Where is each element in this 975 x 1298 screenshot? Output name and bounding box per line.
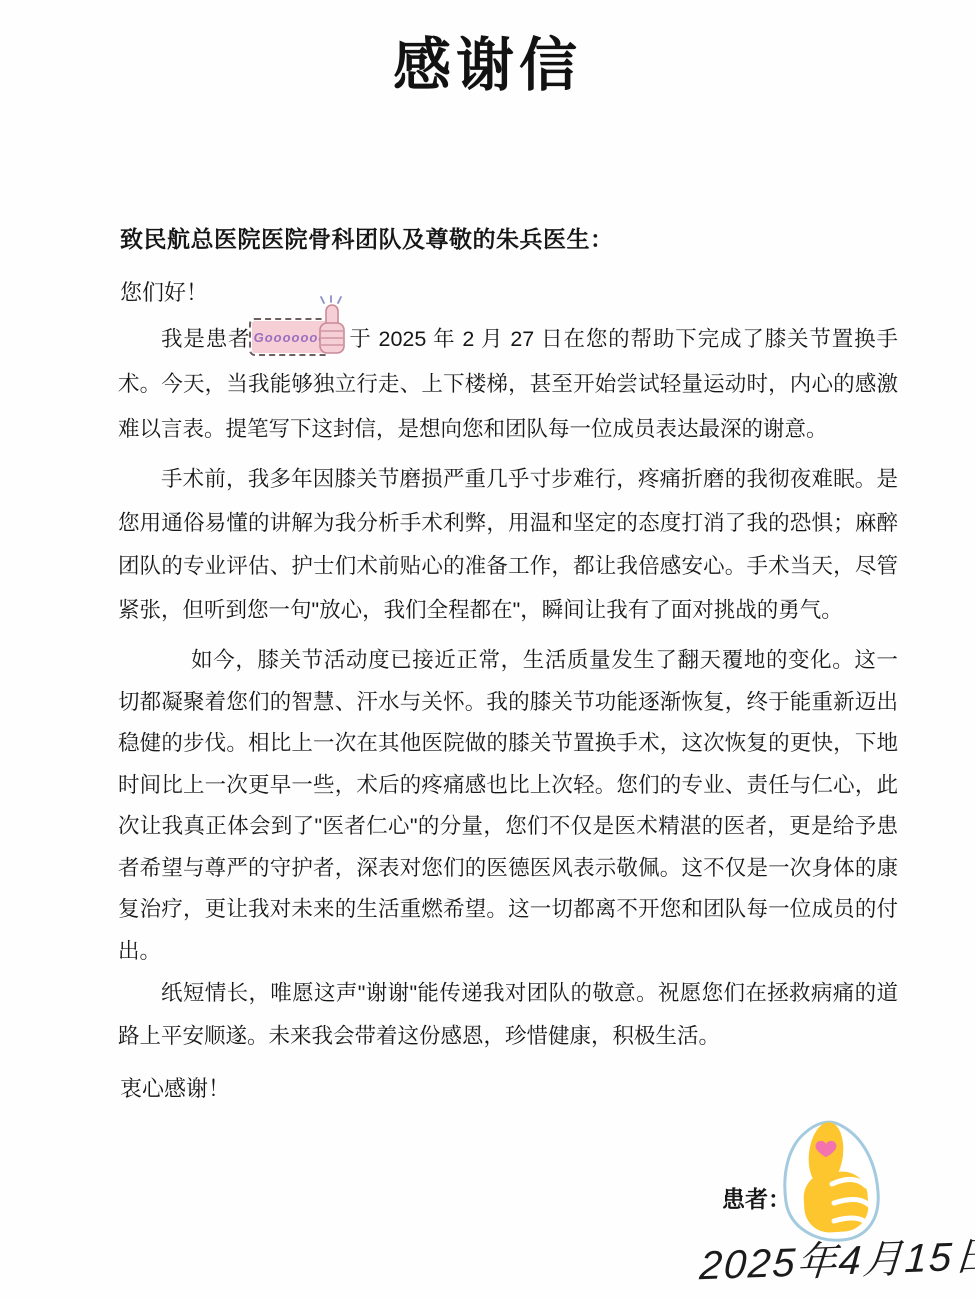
name-cover-sticker: Gooooood	[252, 321, 342, 353]
handwritten-date: 2025年4月15日	[698, 1226, 942, 1292]
salutation-line: 致民航总医院医院骨科团队及尊敬的朱兵医生：	[120, 221, 614, 254]
thumbs-up-sticker	[774, 1116, 884, 1244]
para1-prefix: 我是患者	[161, 327, 250, 351]
letter-title: 感谢信	[0, 18, 975, 102]
greeting-line: 您们好！	[120, 276, 208, 307]
paragraph-recovery: 如今，膝关节活动度已接近正常，生活质量发生了翻天覆地的变化。这一切都凝聚着您们的…	[118, 640, 898, 972]
thumbs-up-icon	[314, 295, 350, 357]
thumbs-up-icon	[774, 1116, 884, 1244]
sparkle-icon	[321, 296, 341, 303]
letter-page: 感谢信 致民航总医院医院骨科团队及尊敬的朱兵医生： 您们好！ 我是患者Goooo…	[0, 0, 975, 1298]
paragraph-before-surgery: 手术前，我多年因膝关节磨损严重几乎寸步难行，疼痛折磨的我彻夜难眠。是您用通俗易懂…	[118, 458, 898, 632]
paragraph-intro: 我是患者Gooooood于 2025 年 2 月 27 日在您的帮助下完成了膝关…	[118, 317, 898, 452]
paragraph-wishes: 纸短情长，唯愿这声"谢谢"能传递我对团队的敬意。祝愿您们在拯救病痛的道路上平安顺…	[118, 972, 898, 1058]
closing-line: 衷心感谢！	[120, 1072, 230, 1103]
